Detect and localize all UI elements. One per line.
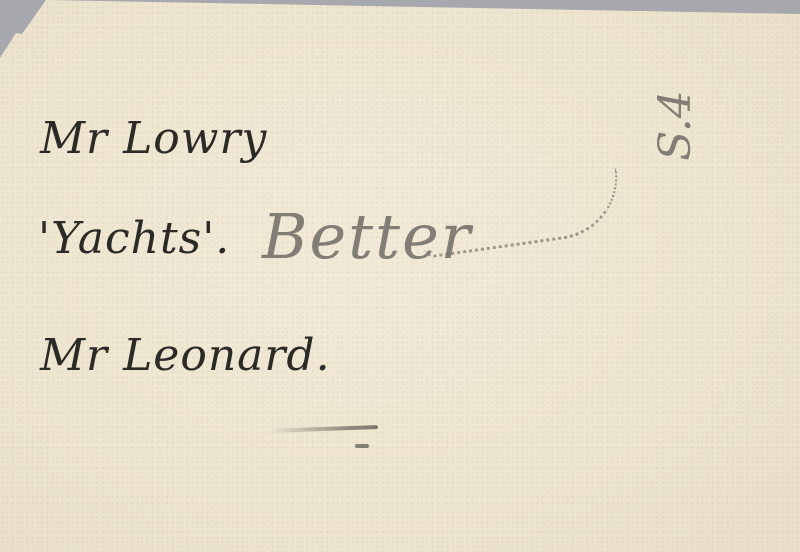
pencil-smudge-dot xyxy=(355,444,369,448)
handwritten-line-title-yachts: 'Yachts'. xyxy=(38,213,230,264)
handwritten-line-name-leonard: Mr Leonard. xyxy=(40,330,331,381)
pencil-corner-mark: S.4 xyxy=(650,90,701,161)
handwritten-line-name-lowry: Mr Lowry xyxy=(40,113,267,164)
scan-stage: Mr Lowry 'Yachts'. Mr Leonard. Better S.… xyxy=(0,0,800,552)
paper-sheet xyxy=(0,0,800,552)
